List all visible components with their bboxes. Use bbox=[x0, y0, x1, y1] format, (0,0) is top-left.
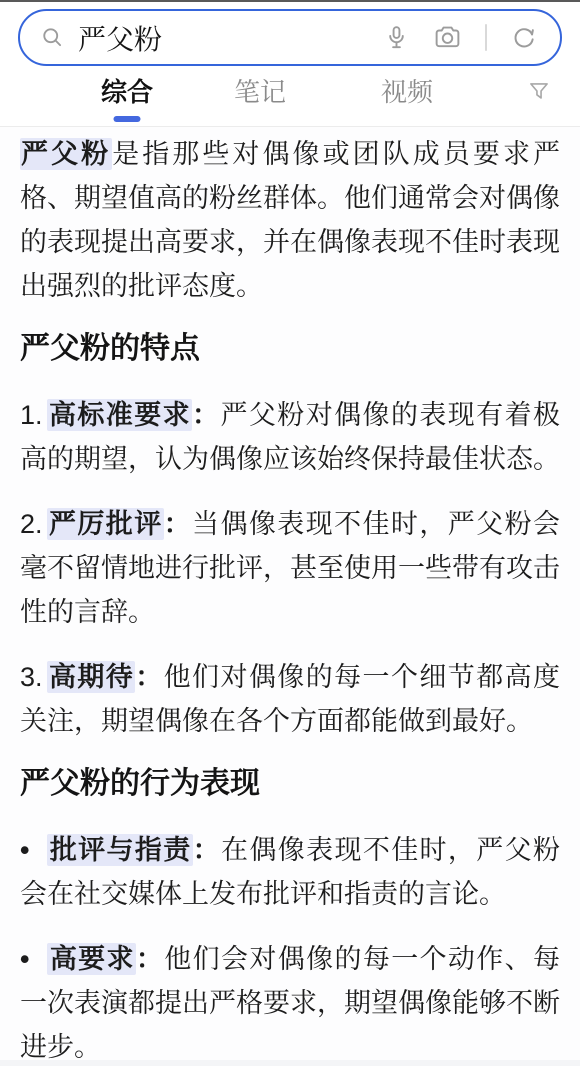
numbered-item: 2.严厉批评：当偶像表现不佳时，严父粉会毫不留情地进行批评，甚至使用一些带有攻击… bbox=[20, 502, 560, 634]
highlighted-term: 批评与指责 bbox=[47, 834, 192, 866]
tab-label: 综合 bbox=[101, 77, 153, 107]
camera-icon[interactable] bbox=[433, 23, 462, 52]
highlighted-term: 高要求 bbox=[47, 943, 135, 975]
highlighted-term: 高期待 bbox=[47, 661, 136, 693]
microphone-icon[interactable] bbox=[383, 24, 410, 51]
highlighted-term: 严父粉 bbox=[20, 138, 112, 170]
search-action-icons bbox=[383, 23, 538, 52]
active-tab-underline bbox=[114, 116, 141, 122]
bullet-dot: • bbox=[20, 944, 29, 974]
tab-comprehensive[interactable]: 综合 bbox=[101, 74, 153, 110]
search-results-screen: 严父粉 bbox=[0, 0, 580, 1066]
result-tabs: 综合 笔记 视频 bbox=[0, 66, 580, 127]
numbered-item: 1.高标准要求：严父粉对偶像的表现有着极高的期望，认为偶像应该始终保持最佳状态。 bbox=[20, 393, 560, 481]
section-title-characteristics: 严父粉的特点 bbox=[20, 329, 560, 369]
search-input[interactable]: 严父粉 bbox=[18, 9, 562, 66]
search-header: 严父粉 bbox=[0, 0, 580, 66]
icon-divider bbox=[485, 24, 487, 51]
screen-top-edge bbox=[0, 0, 580, 2]
filter-funnel-icon[interactable] bbox=[526, 79, 552, 105]
bullet-item: •高要求：他们会对偶像的每一个动作、每一次表演都提出严格要求，期望偶像能够不断进… bbox=[20, 937, 560, 1066]
tab-label: 视频 bbox=[381, 77, 433, 107]
intro-paragraph: 严父粉是指那些对偶像或团队成员要求严格、期望值高的粉丝群体。他们通常会对偶像的表… bbox=[20, 132, 560, 308]
tab-videos[interactable]: 视频 bbox=[381, 74, 433, 110]
highlighted-term: 高标准要求 bbox=[47, 399, 193, 431]
tab-label: 笔记 bbox=[234, 77, 286, 107]
section-title-behaviors: 严父粉的行为表现 bbox=[20, 764, 560, 804]
highlighted-term: 严厉批评 bbox=[47, 508, 164, 540]
numbered-item: 3.高期待：他们对偶像的每一个细节都高度关注，期望偶像在各个方面都能做到最好。 bbox=[20, 655, 560, 743]
refresh-icon[interactable] bbox=[510, 24, 538, 52]
search-icon bbox=[40, 25, 65, 50]
tab-notes[interactable]: 笔记 bbox=[234, 74, 286, 110]
bullet-dot: • bbox=[20, 835, 29, 865]
answer-content: 严父粉是指那些对偶像或团队成员要求严格、期望值高的粉丝群体。他们通常会对偶像的表… bbox=[0, 127, 580, 1066]
bottom-page-edge bbox=[0, 1060, 580, 1066]
search-query-text[interactable]: 严父粉 bbox=[78, 18, 383, 58]
bullet-item: •批评与指责：在偶像表现不佳时，严父粉会在社交媒体上发布批评和指责的言论。 bbox=[20, 828, 560, 916]
